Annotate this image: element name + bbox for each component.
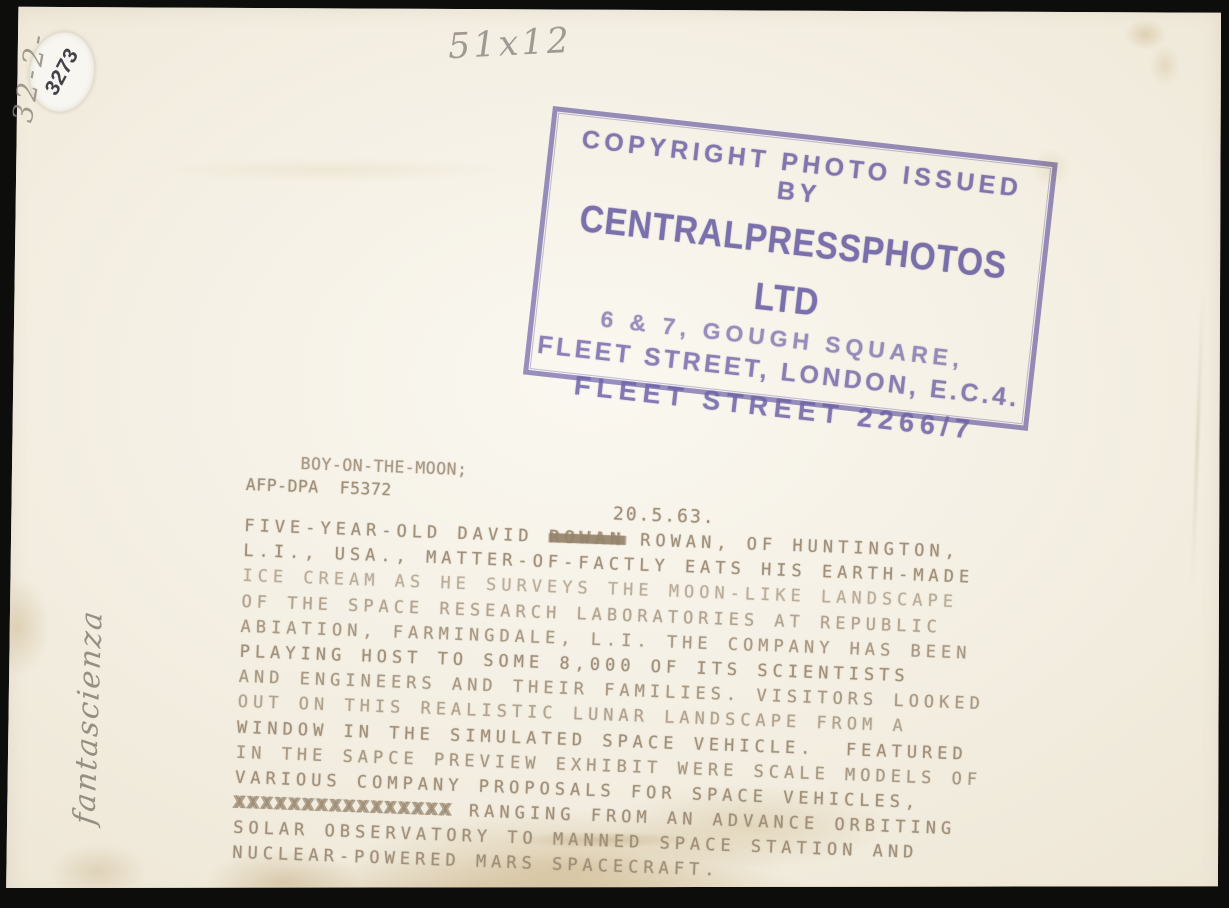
caption-date: 20.5.63. — [613, 503, 716, 528]
overtyped-word: ROWAN — [548, 527, 625, 550]
scanned-photo-back: 3273 32-2- 51x12 fantascienza COPYRIGHT … — [0, 0, 1229, 908]
caption-agency-ref: AFP-DPA F5372 — [245, 475, 392, 499]
pencil-size-note: 51x12 — [447, 21, 573, 67]
typewritten-caption: BOY-ON-THE-MOON; AFP-DPA F537220.5.63. F… — [232, 452, 1047, 898]
copyright-stamp: COPYRIGHT PHOTO ISSUED BY Central Press … — [523, 106, 1058, 431]
